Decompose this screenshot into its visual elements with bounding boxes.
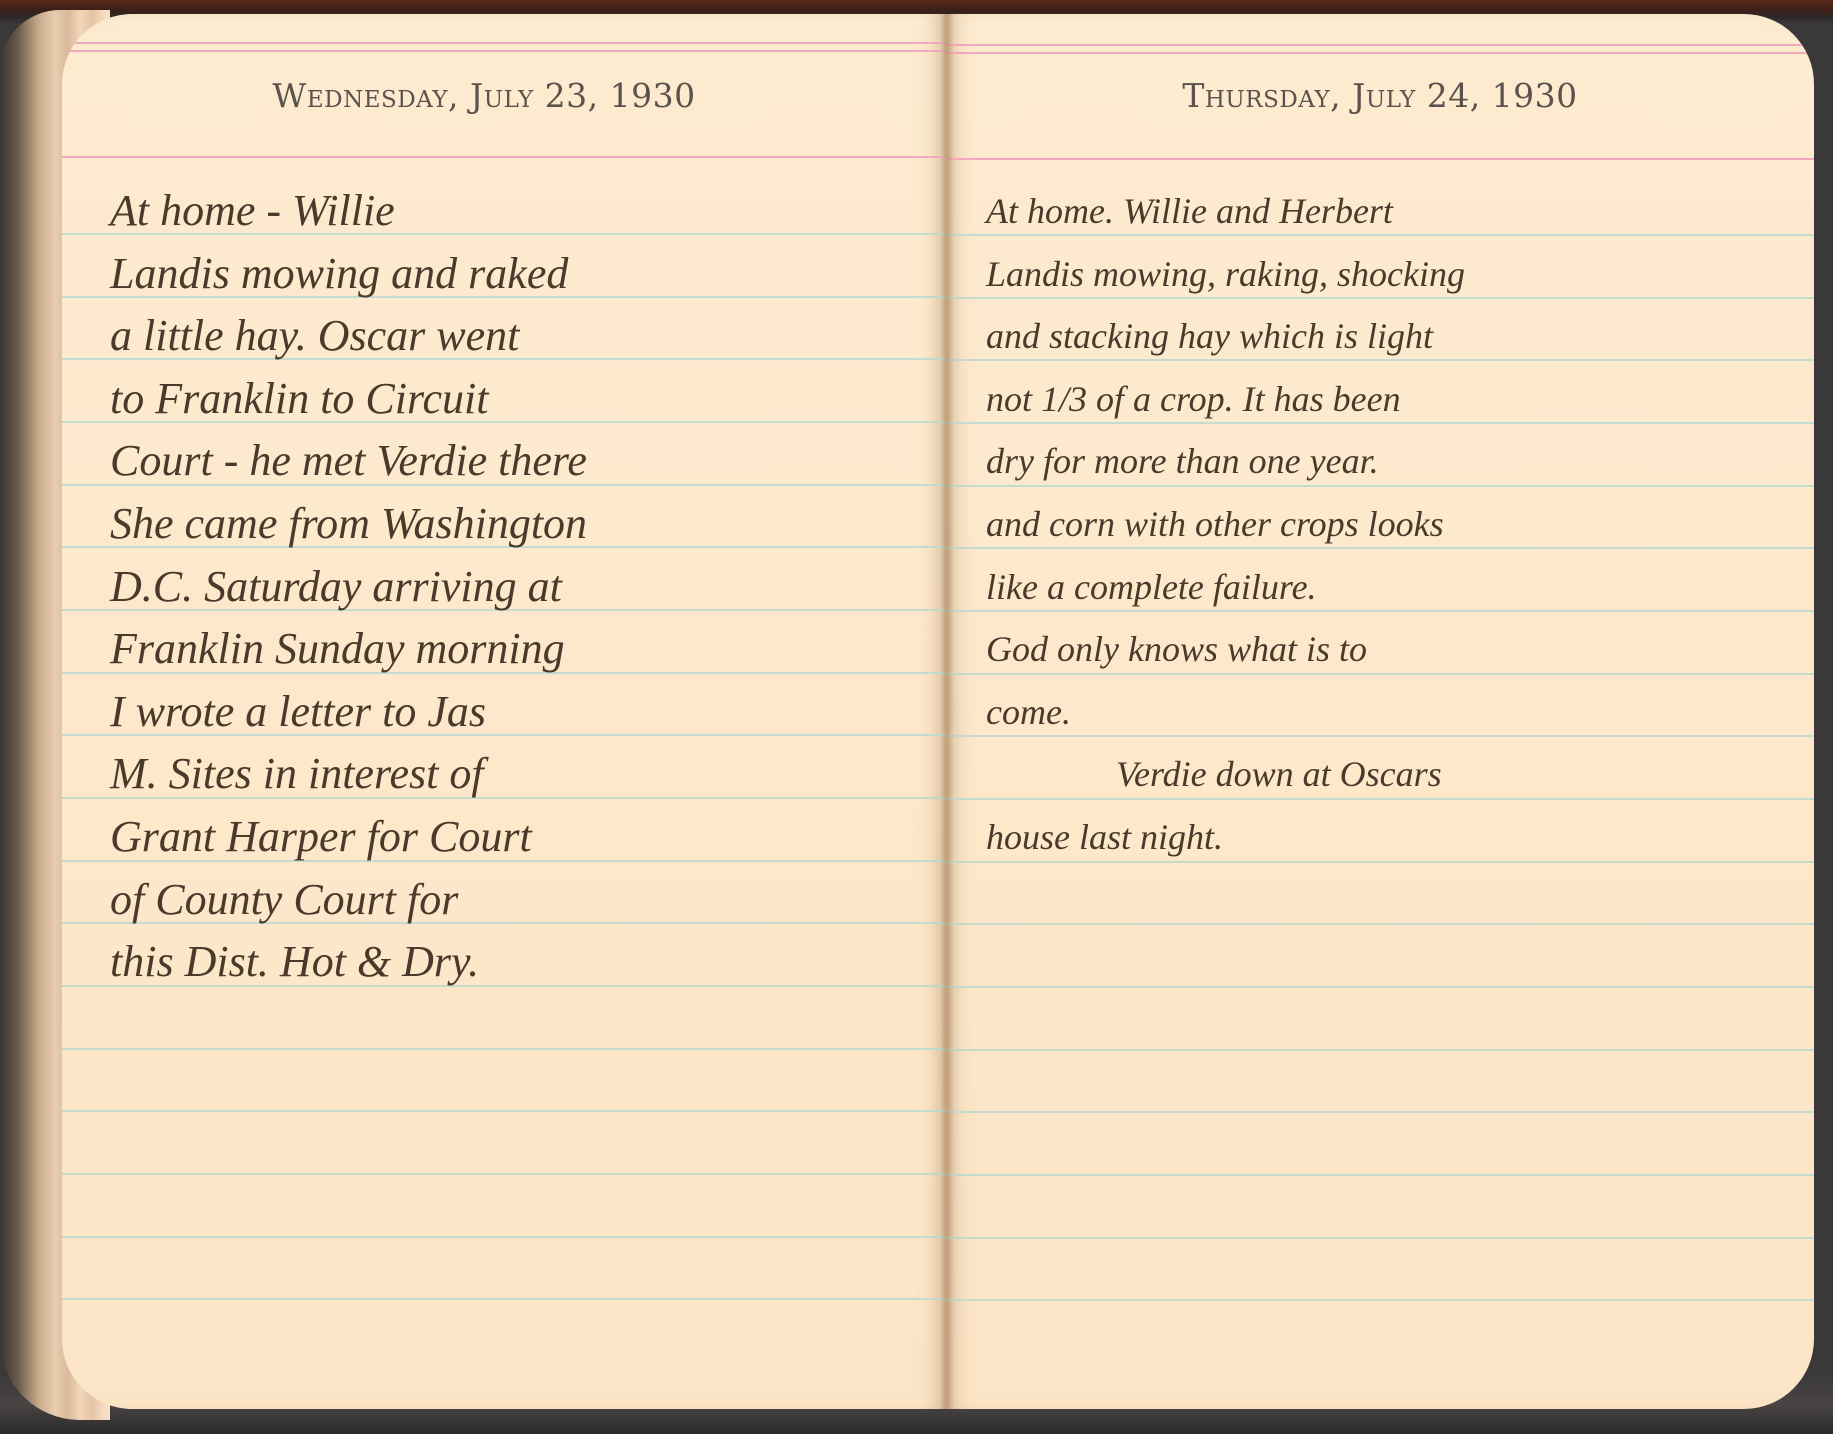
entry-line: this Dist. Hot & Dry. [110,931,930,994]
entry-line: Franklin Sunday morning [110,618,930,681]
entry-line: dry for more than one year. [986,430,1786,493]
entry-line: Court - he met Verdie there [110,430,930,493]
entry-line: to Franklin to Circuit [110,368,930,431]
entry-line: At home - Willie [110,180,930,243]
diary-entry: At home. Willie and Herbert Landis mowin… [986,180,1786,869]
left-page: Wednesday, July 23, 1930 At home - Willi… [62,14,946,1409]
entry-line: At home. Willie and Herbert [986,180,1786,243]
ruled-line [946,1174,1814,1176]
ruled-line [946,1237,1814,1239]
ruled-line [62,1110,946,1112]
entry-line: Landis mowing and raked [110,243,930,306]
pink-rule [62,156,946,158]
ruled-line [62,1048,946,1050]
entry-line: not 1/3 of a crop. It has been [986,368,1786,431]
ruled-line [946,923,1814,925]
ruled-line [62,1173,946,1175]
entry-line: Landis mowing, raking, shocking [986,243,1786,306]
entry-line: house last night. [986,806,1786,869]
entry-line: Verdie down at Oscars [986,743,1786,806]
ruled-line [62,1236,946,1238]
ruled-line [62,1298,946,1300]
entry-line: a little hay. Oscar went [110,305,930,368]
ruled-line [946,1049,1814,1051]
book-spine [940,14,954,1409]
pink-rule [62,50,946,52]
pink-rule [62,42,946,44]
ruled-line [946,1299,1814,1301]
entry-line: like a complete failure. [986,556,1786,619]
pink-rule [946,44,1814,46]
right-page: Thursday, July 24, 1930 At home. Willie … [946,14,1814,1409]
pink-rule [946,52,1814,54]
entry-line: D.C. Saturday arriving at [110,556,930,619]
ruled-line [946,1111,1814,1113]
pink-rule [946,158,1814,160]
diary-spread: Wednesday, July 23, 1930 At home - Willi… [62,14,1822,1414]
entry-line: M. Sites in interest of [110,743,930,806]
ruled-line [946,986,1814,988]
entry-line: I wrote a letter to Jas [110,681,930,744]
entry-line: and stacking hay which is light [986,305,1786,368]
entry-line: God only knows what is to [986,618,1786,681]
entry-line: come. [986,681,1786,744]
page-date-header: Wednesday, July 23, 1930 [62,76,946,115]
diary-entry: At home - Willie Landis mowing and raked… [110,180,930,994]
entry-line: and corn with other crops looks [986,493,1786,556]
page-date-header: Thursday, July 24, 1930 [946,76,1814,115]
entry-line: She came from Washington [110,493,930,556]
entry-line: Grant Harper for Court [110,806,930,869]
entry-line: of County Court for [110,869,930,932]
